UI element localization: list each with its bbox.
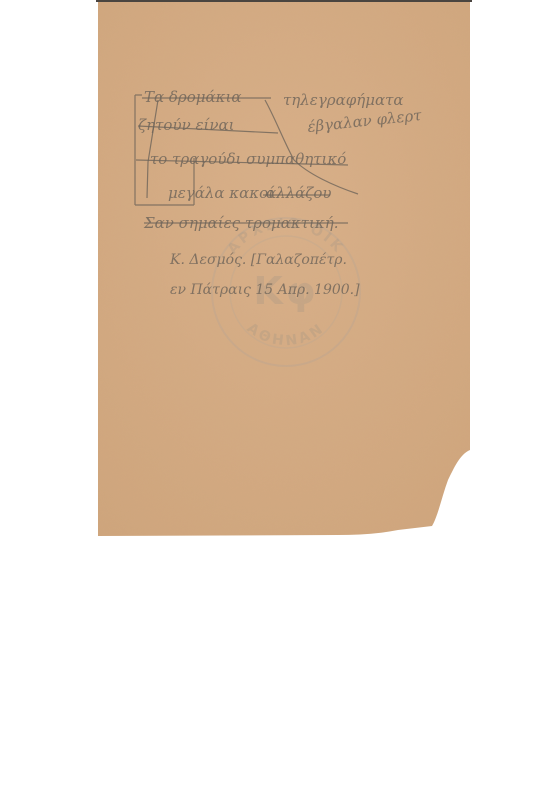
manuscript-page: ΑΡΧΕΙΟ ΟΙΚ ΑΘΗΝΑΝ Κφ Τα δρομάκια τηλεγρα… [98,2,470,538]
line-4-left: μεγάλα κακοί [168,184,275,202]
line-1-right: τηλεγραφήματα [283,91,404,109]
line-4-right: αλλάζου [266,184,332,202]
signature-line-2: εν Πάτραις 15 Απρ. 1900.] [170,282,360,298]
document-viewer: ΑΡΧΕΙΟ ΟΙΚ ΑΘΗΝΑΝ Κφ Τα δρομάκια τηλεγρα… [0,0,549,800]
line-3: το τραγούδι συμπαθητικό [150,150,346,168]
line-2-left: ζητούν είναι [138,116,235,134]
line-1-left: Τα δρομάκια [144,88,242,106]
signature-line-1: Κ. Δεσμός. [Γαλαζοπέτρ. [169,251,347,268]
